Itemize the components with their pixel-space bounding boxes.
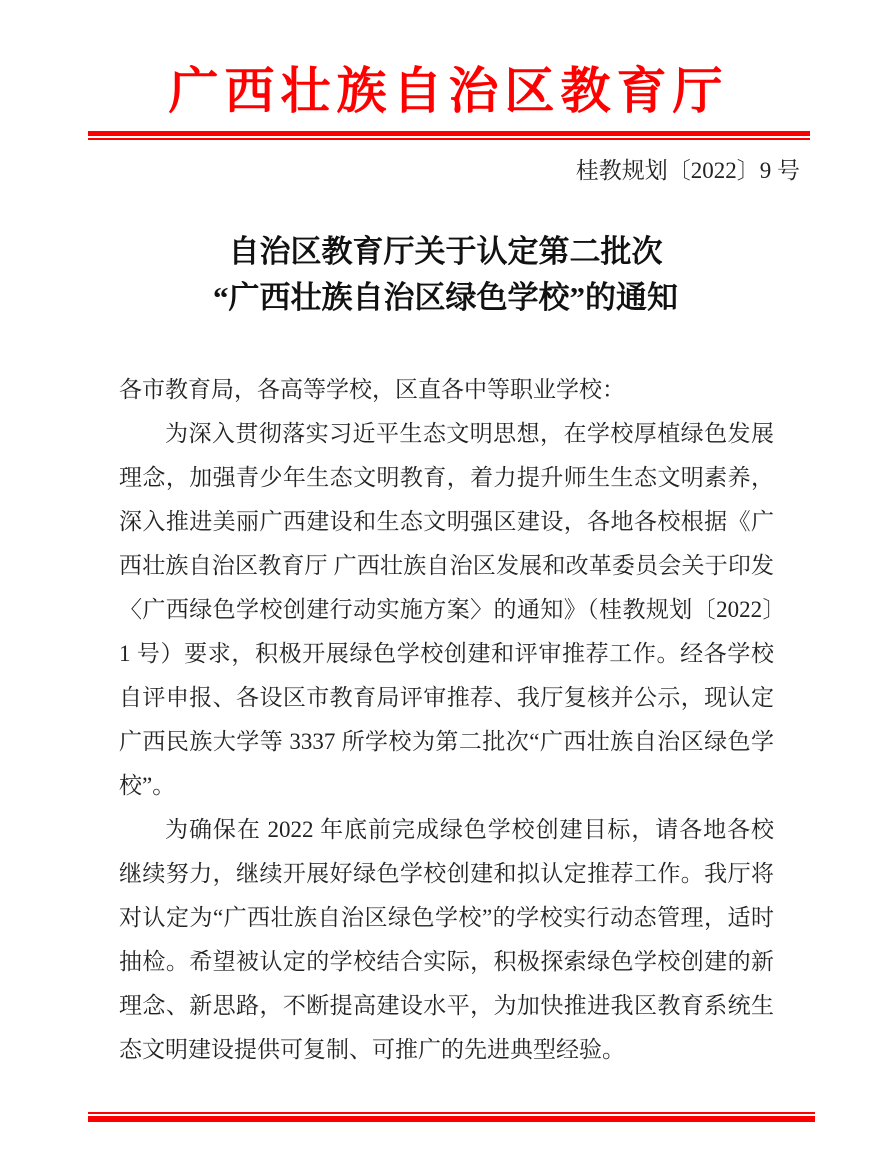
document-body: 各市教育局，各高等学校，区直各中等职业学校： 为深入贯彻落实习近平生态文明思想，… [119,368,774,1072]
body-paragraph-1: 为深入贯彻落实习近平生态文明思想，在学校厚植绿色发展理念，加强青少年生态文明教育… [119,412,774,808]
red-footer-divider [88,1112,815,1122]
letterhead-title: 广西壮族自治区教育厅 [0,56,891,126]
notice-title: 自治区教育厅关于认定第二批次 “广西壮族自治区绿色学校”的通知 [0,229,891,321]
salutation-line: 各市教育局，各高等学校，区直各中等职业学校： [119,368,774,412]
red-header-divider [88,131,810,140]
document-number: 桂教规划〔2022〕9 号 [88,156,800,186]
notice-title-line1: 自治区教育厅关于认定第二批次 [0,229,891,275]
official-document-page: 广西壮族自治区教育厅 桂教规划〔2022〕9 号 自治区教育厅关于认定第二批次 … [0,0,891,1153]
notice-title-line2: “广西壮族自治区绿色学校”的通知 [0,275,891,321]
body-paragraph-2: 为确保在 2022 年底前完成绿色学校创建目标，请各地各校继续努力，继续开展好绿… [119,808,774,1072]
